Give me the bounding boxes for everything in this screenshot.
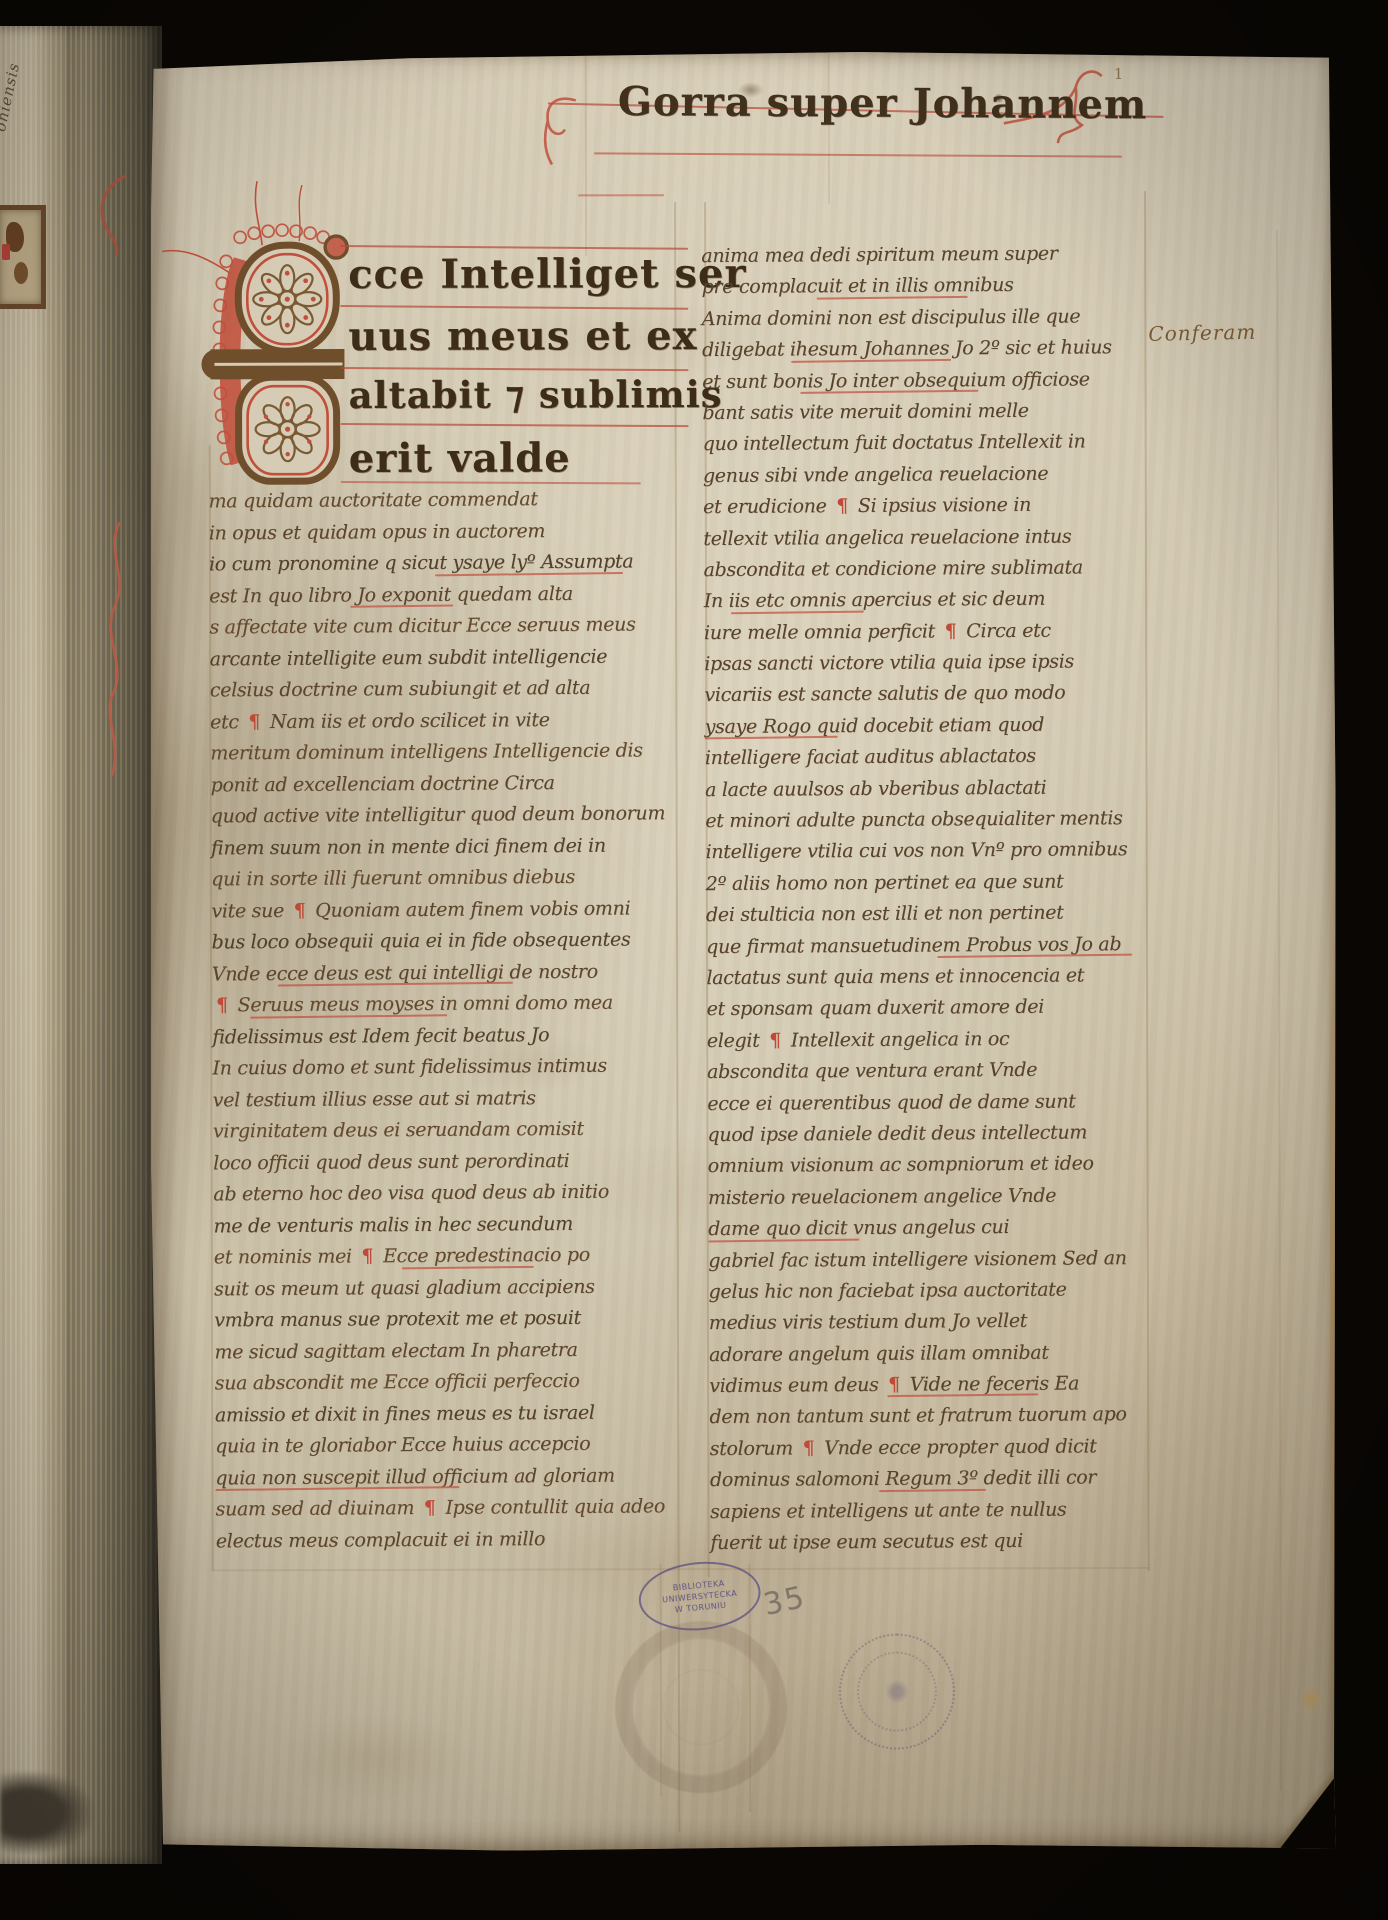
incipit-red-rule bbox=[340, 245, 688, 250]
manuscript-text-line: virginitatem deus ei seruandam comisit bbox=[213, 1113, 683, 1148]
manuscript-text-line: bant satis vite meruit domini melle bbox=[702, 395, 1146, 429]
manuscript-text-line: abscondita que ventura erant Vnde bbox=[707, 1054, 1151, 1088]
rubric-underline bbox=[708, 1238, 859, 1242]
manuscript-text-line: 2º aliis homo non pertinet ea que sunt bbox=[706, 866, 1150, 900]
rubric-underline bbox=[887, 1394, 1038, 1398]
manuscript-text-line: diligebat ihesum Johannes Jo 2º sic et h… bbox=[702, 332, 1146, 366]
manuscript-text-line: stolorum ¶ Vnde ecce propter quod dicit bbox=[710, 1431, 1154, 1465]
manuscript-text-line: me sicud sagittam electam In pharetra bbox=[214, 1334, 684, 1369]
text-column-left: ma quidam auctoritate commendatin opus e… bbox=[208, 483, 685, 1557]
manuscript-text-line: quo intellectum fuit doctatus Intellexit… bbox=[703, 426, 1147, 460]
facing-page-sketch-fragment bbox=[0, 205, 46, 309]
red-margin-mark bbox=[86, 170, 136, 260]
manuscript-text-line: vidimus eum deus ¶ Vide ne feceris Ea bbox=[709, 1368, 1153, 1402]
rubric-pilcrow-mark: ¶ bbox=[836, 495, 848, 517]
manuscript-text-line: vmbra manus sue protexit me et posuit bbox=[214, 1302, 684, 1337]
manuscript-text-line: que firmat mansuetudinem Probus vos Jo a… bbox=[706, 929, 1150, 963]
manuscript-text-line: etc ¶ Nam iis et ordo scilicet in vite bbox=[210, 704, 680, 739]
manuscript-text-line: In cuius domo et sunt fidelissimus intim… bbox=[212, 1050, 682, 1085]
manuscript-text-line: ma quidam auctoritate commendat bbox=[208, 483, 678, 518]
manuscript-text-line: qui in sorte illi fuerunt omnibus diebus bbox=[211, 861, 681, 896]
manuscript-text-line: est In quo libro Jo exponit quedam alta bbox=[209, 578, 679, 613]
rubric-underline bbox=[402, 1265, 534, 1269]
rubric-underline bbox=[937, 954, 1132, 958]
parchment-stain bbox=[1300, 1686, 1322, 1712]
manuscript-text-line: intelligere faciat auditus ablactatos bbox=[705, 740, 1149, 774]
manuscript-text-line: vicariis est sancte salutis de quo modo bbox=[704, 677, 1148, 711]
manuscript-text-line: dominus salomoni Regum 3º dedit illi cor bbox=[710, 1462, 1154, 1496]
manuscript-text-line: io cum pronomine q sicut ysaye lyº Assum… bbox=[209, 546, 679, 581]
manuscript-text-line: tellexit vtilia angelica reuelacione int… bbox=[703, 520, 1147, 554]
manuscript-text-line: adorare angelum quis illam omnibat bbox=[709, 1337, 1153, 1371]
manuscript-text-line: dei stulticia non est illi et non pertin… bbox=[706, 897, 1150, 931]
rubric-underline bbox=[215, 1486, 459, 1491]
header-red-rule bbox=[594, 152, 1122, 157]
manuscript-text-line: medius viris testium dum Jo vellet bbox=[709, 1305, 1153, 1339]
incipit-line: cce Intelliget ser bbox=[348, 250, 708, 307]
rubric-pilcrow-mark: ¶ bbox=[945, 620, 957, 642]
manuscript-text-line: me de venturis malis in hec secundum bbox=[214, 1208, 684, 1243]
manuscript-page: Gorra super Johannem 1 Conferam bbox=[148, 50, 1339, 1851]
incipit-line: altabit ⁊ sublimis bbox=[348, 372, 708, 429]
manuscript-photo: { "page": { "header": { "title": "Gorra … bbox=[0, 0, 1388, 1920]
manuscript-text-line: suit os meum ut quasi gladium accipiens bbox=[214, 1271, 684, 1306]
rubric-pilcrow-mark: ¶ bbox=[248, 711, 260, 733]
manuscript-text-line: sua abscondit me Ecce officii perfeccio bbox=[215, 1365, 685, 1400]
manuscript-text-line: quia non suscepit illud officium ad glor… bbox=[215, 1460, 685, 1495]
manuscript-text-line: s affectate vite cum dicitur Ecce seruus… bbox=[209, 609, 679, 644]
manuscript-text-line: omnium visionum ac sompniorum et ideo bbox=[708, 1148, 1152, 1182]
rubric-pilcrow-mark: ¶ bbox=[424, 1497, 436, 1519]
parchment-stain bbox=[272, 1713, 472, 1804]
rubric-pilcrow-mark: ¶ bbox=[769, 1029, 781, 1051]
manuscript-text-line: finem suum non in mente dici finem dei i… bbox=[211, 830, 681, 865]
red-rule-fragment bbox=[578, 194, 664, 196]
crease-line bbox=[828, 54, 830, 204]
corner-fold bbox=[1278, 1770, 1340, 1850]
manuscript-text-line: ponit ad excellenciam doctrine Circa bbox=[210, 767, 680, 802]
manuscript-text-line: lactatus sunt quia mens et innocencia et bbox=[706, 960, 1150, 994]
manuscript-text-line: misterio reuelacionem angelice Vnde bbox=[708, 1180, 1152, 1214]
text-column-right: anima mea dedi spiritum meum superpre co… bbox=[701, 238, 1154, 1559]
manuscript-text-line: vite sue ¶ Quoniam autem finem vobis omn… bbox=[211, 893, 681, 928]
rubric-underline bbox=[435, 572, 623, 576]
manuscript-text-line: Anima domini non est discipulus ille que bbox=[702, 301, 1146, 335]
manuscript-text-line: dame quo dicit vnus angelus cui bbox=[708, 1211, 1152, 1245]
rubric-underline bbox=[250, 1014, 447, 1018]
rubric-underline bbox=[730, 610, 863, 614]
rubric-pilcrow-mark: ¶ bbox=[216, 994, 228, 1016]
rubric-underline bbox=[817, 296, 968, 300]
rubric-underline bbox=[278, 982, 513, 987]
rubric-pilcrow-mark: ¶ bbox=[361, 1245, 373, 1267]
faint-round-stamp bbox=[839, 1633, 955, 1749]
manuscript-text-line: gelus hic non faciebat ipsa auctoritate bbox=[708, 1274, 1152, 1308]
red-banner-bracket bbox=[534, 90, 580, 168]
manuscript-text-line: elegit ¶ Intellexit angelica in oc bbox=[707, 1023, 1151, 1057]
pencil-shelf-number: 35 bbox=[760, 1580, 809, 1623]
manuscript-text-line: fuerit ut ipse eum secutus est qui bbox=[710, 1525, 1154, 1559]
manuscript-text-line: ab eterno hoc deo visa quod deus ab init… bbox=[213, 1176, 683, 1211]
running-title: Gorra super Johannem bbox=[618, 78, 1148, 128]
manuscript-text-line: et minori adulte puncta obsequialiter me… bbox=[705, 803, 1149, 837]
manuscript-text-line: quod active vite intelligitur quod deum … bbox=[211, 798, 681, 833]
manuscript-text-line: celsius doctrine cum subiungit et ad alt… bbox=[210, 672, 680, 707]
manuscript-text-line: a lacte auulsos ab vberibus ablactati bbox=[705, 772, 1149, 806]
rubric-pilcrow-mark: ¶ bbox=[294, 899, 306, 921]
manuscript-text-line: bus loco obsequii quia ei in fide obsequ… bbox=[212, 924, 682, 959]
manuscript-text-line: amissio et dixit in fines meus es tu isr… bbox=[215, 1397, 685, 1432]
manuscript-text-line: ¶ Seruus meus moyses in omni domo mea bbox=[212, 987, 682, 1022]
rubric-underline bbox=[705, 736, 838, 740]
manuscript-text-line: sapiens et intelligens ut ante te nullus bbox=[710, 1494, 1154, 1528]
folio-number: 1 bbox=[1114, 65, 1124, 83]
rubric-underline bbox=[800, 390, 978, 394]
manuscript-text-line: et nominis mei ¶ Ecce predestinacio po bbox=[214, 1239, 684, 1274]
manuscript-text-line: vel testium illius esse aut si matris bbox=[213, 1082, 683, 1117]
manuscript-text-line: et sunt bonis Jo inter obsequium officio… bbox=[702, 364, 1146, 398]
rubric-pilcrow-mark: ¶ bbox=[803, 1437, 815, 1459]
manuscript-text-line: dem non tantum sunt et fratrum tuorum ap… bbox=[709, 1399, 1153, 1433]
manuscript-text-line: et sponsam quam duxerit amore dei bbox=[707, 991, 1151, 1025]
manuscript-text-line: genus sibi vnde angelica reuelacione bbox=[703, 458, 1147, 492]
incipit-block: cce Intelliget ser uus meus et ex altabi… bbox=[348, 242, 709, 467]
rubric-underline bbox=[879, 1488, 986, 1491]
manuscript-text-line: In iis etc omnis apercius et sic deum bbox=[704, 583, 1148, 617]
manuscript-text-line: ecce ei querentibus quod de dame sunt bbox=[707, 1086, 1151, 1120]
rubric-underline bbox=[791, 358, 951, 362]
manuscript-text-line: meritum dominum intelligens Intelligenci… bbox=[210, 735, 680, 770]
manuscript-text-line: et erudicione ¶ Si ipsius visione in bbox=[703, 489, 1147, 523]
manuscript-text-line: intelligere vtilia cui vos non Vnº pro o… bbox=[705, 834, 1149, 868]
manuscript-text-line: ipsas sancti victore vtilia quia ipse ip… bbox=[704, 646, 1148, 680]
incipit-line: uus meus et ex bbox=[348, 312, 708, 369]
crease-line bbox=[585, 56, 587, 256]
manuscript-text-line: iure melle omnia perficit ¶ Circa etc bbox=[704, 615, 1148, 649]
manuscript-text-line: anima mea dedi spiritum meum super bbox=[701, 238, 1145, 272]
manuscript-text-line: electus meus complacuit ei in millo bbox=[216, 1523, 686, 1558]
manuscript-text-line: in opus et quidam opus in auctorem bbox=[209, 515, 679, 550]
manuscript-text-line: fidelissimus est Idem fecit beatus Jo bbox=[212, 1019, 682, 1054]
red-margin-squiggle bbox=[98, 520, 138, 780]
illuminated-initial-E bbox=[204, 215, 355, 490]
crease-line bbox=[1276, 231, 1282, 1791]
manuscript-text-line: ysaye Rogo quid docebit etiam quod bbox=[705, 709, 1149, 743]
bottom-left-page-fragment bbox=[0, 1772, 92, 1854]
manuscript-text-line: Vnde ecce deus est qui intelligi de nost… bbox=[212, 956, 682, 991]
page-edge-discoloration bbox=[1329, 770, 1339, 1813]
manuscript-text-line: gabriel fac istum intelligere visionem S… bbox=[708, 1242, 1152, 1276]
manuscript-text-line: quia in te gloriabor Ecce huius accepcio bbox=[215, 1428, 685, 1463]
manuscript-text-line: pre complacuit et in illis omnibus bbox=[701, 269, 1145, 303]
manuscript-text-line: abscondita et condicione mire sublimata bbox=[703, 552, 1147, 586]
rubric-pilcrow-mark: ¶ bbox=[888, 1374, 900, 1396]
margin-annotation: Conferam bbox=[1148, 320, 1256, 346]
embossed-round-stamp bbox=[615, 1621, 787, 1793]
manuscript-text-line: arcante intelligite eum subdit intellige… bbox=[210, 641, 680, 676]
manuscript-text-line: suam sed ad diuinam ¶ Ipse contullit qui… bbox=[215, 1491, 685, 1526]
manuscript-text-line: quod ipse daniele dedit deus intellectum bbox=[707, 1117, 1151, 1151]
manuscript-text-line: loco officii quod deus sunt perordinati bbox=[213, 1145, 683, 1180]
rubric-underline bbox=[350, 604, 453, 607]
